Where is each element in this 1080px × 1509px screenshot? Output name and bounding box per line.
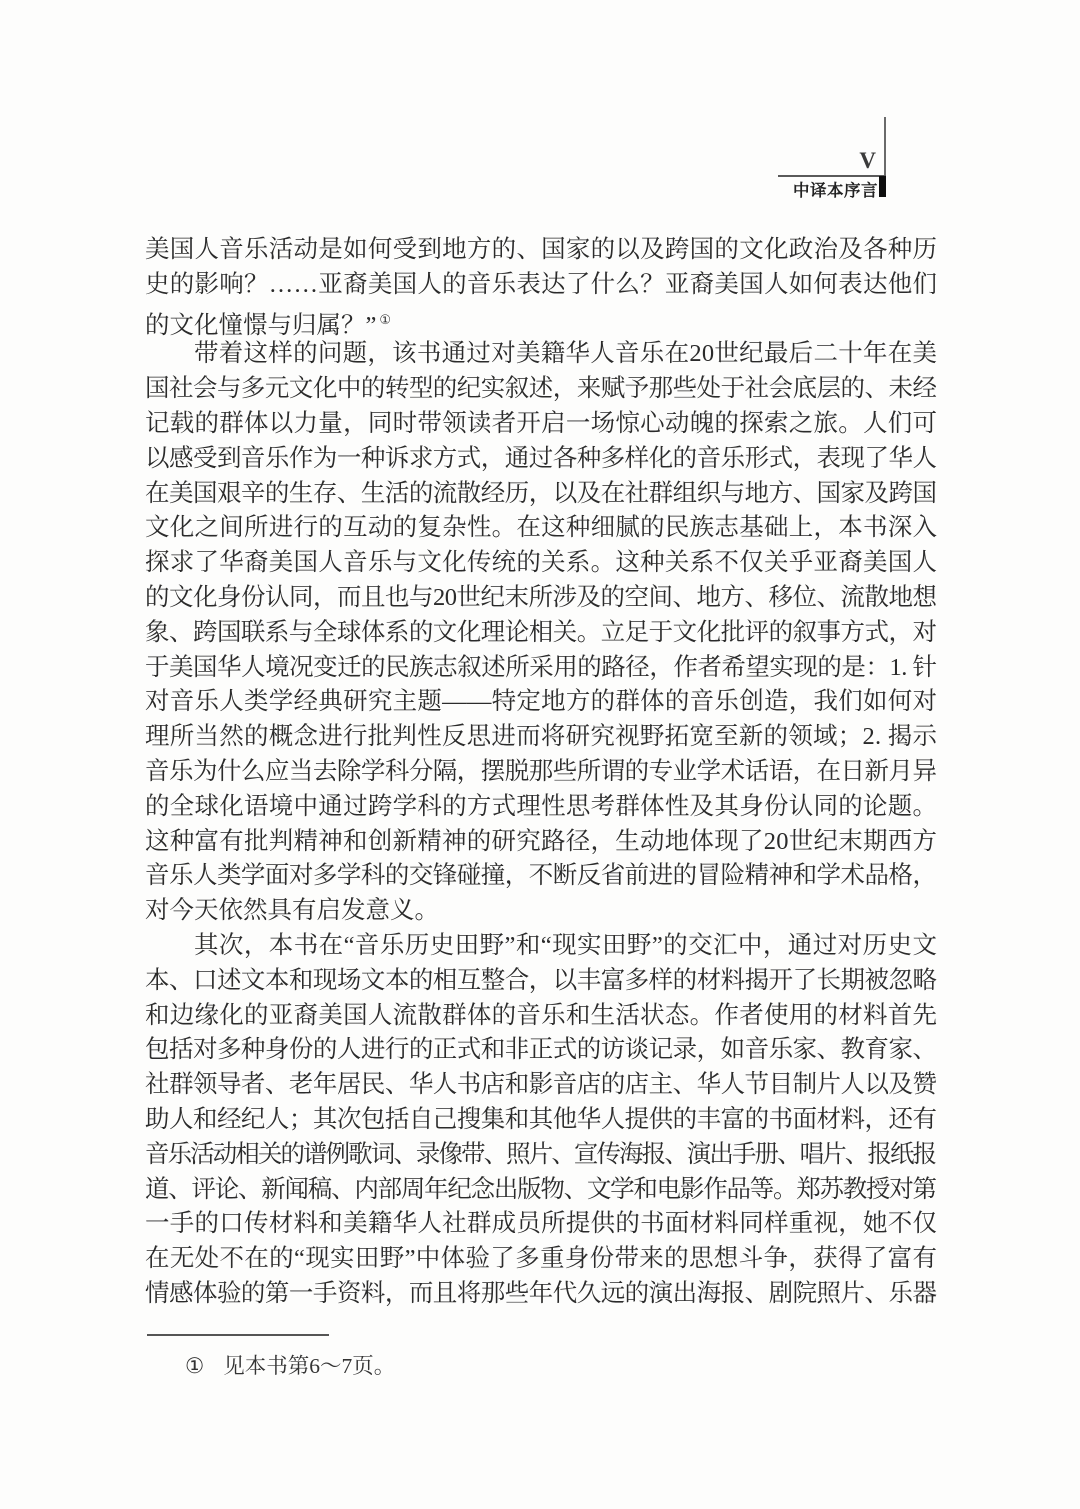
text-line: 的全球化语境中通过跨学科的方式理性思考群体性及其身份认同的论题。 — [145, 790, 937, 825]
text-line: 社群领导者、老年居民、华人书店和影音店的店主、华人节目制片人以及赞 — [145, 1068, 937, 1103]
footnote-rule — [147, 1334, 329, 1336]
text-line: 音乐为什么应当去除学科分隔，摆脱那些所谓的专业学术话语，在日新月异 — [145, 755, 937, 790]
text-line: 史的影响？……亚裔美国人的音乐表达了什么？亚裔美国人如何表达他们 — [145, 268, 937, 303]
text-line: 的文化身份认同，而且也与20世纪末所涉及的空间、地方、移位、流散地想 — [145, 581, 937, 616]
text-line: 音乐人类学面对多学科的交锋碰撞，不断反省前进的冒险精神和学术品格， — [145, 859, 937, 894]
footnote-marker: ① — [185, 1354, 204, 1378]
text-line: 情感体验的第一手资料，而且将那些年代久远的演出海报、剧院照片、乐器 — [145, 1277, 937, 1312]
text-line: 以感受到音乐作为一种诉求方式，通过各种多样化的音乐形式，表现了华人 — [145, 442, 937, 477]
text-line: 包括对多种身份的人进行的正式和非正式的访谈记录，如音乐家、教育家、 — [145, 1033, 937, 1068]
text-line: 助人和经纪人；其次包括自己搜集和其他华人提供的丰富的书面材料，还有 — [145, 1103, 937, 1138]
text-line: 本、口述文本和现场文本的相互整合，以丰富多样的材料揭开了长期被忽略 — [145, 964, 937, 999]
text-line: 和边缘化的亚裔美国人流散群体的音乐和生活状态。作者使用的材料首先 — [145, 999, 937, 1034]
running-title: 中译本序言 — [793, 177, 878, 201]
text-line: 文化之间所进行的互动的复杂性。在这种细腻的民族志基础上，本书深入 — [145, 511, 937, 546]
book-page: V 中译本序言 美国人音乐活动是如何受到地方的、国家的以及跨国的文化政治及各种历… — [0, 0, 1080, 1509]
text-line: 带着这样的问题，该书通过对美籍华人音乐在20世纪最后二十年在美 — [145, 337, 937, 372]
text-line: 对音乐人类学经典研究主题——特定地方的群体的音乐创造，我们如何对 — [145, 685, 937, 720]
header-vertical-rule — [884, 117, 886, 177]
text-line: 对今天依然具有启发意义。 — [145, 894, 937, 929]
footnote-ref-marker: ① — [379, 312, 391, 327]
text-line: 在美国艰辛的生存、生活的流散经历，以及在社群组织与地方、国家及跨国 — [145, 477, 937, 512]
text-line: 这种富有批判精神和创新精神的研究路径，生动地体现了20世纪末期西方 — [145, 825, 937, 860]
text-line: 探求了华裔美国人音乐与文化传统的关系。这种关系不仅关乎亚裔美国人 — [145, 546, 937, 581]
text-line: 国社会与多元文化中的转型的纪实叙述，来赋予那些处于社会底层的、未经 — [145, 372, 937, 407]
text-line: 道、评论、新闻稿、内部周年纪念出版物、文学和电影作品等。郑苏教授对第 — [145, 1173, 937, 1208]
body-text: 美国人音乐活动是如何受到地方的、国家的以及跨国的文化政治及各种历 史的影响？……… — [145, 233, 937, 1312]
text-line: 记载的群体以力量，同时带领读者开启一场惊心动魄的探索之旅。人们可 — [145, 407, 937, 442]
text-line: 音乐活动相关的谱例歌词、录像带、照片、宣传海报、演出手册、唱片、报纸报 — [145, 1138, 937, 1173]
text-line: 其次，本书在“音乐历史田野”和“现实田野”的交汇中，通过对历史文 — [145, 929, 937, 964]
text-line: 在无处不在的“现实田野”中体验了多重身份带来的思想斗争，获得了富有 — [145, 1242, 937, 1277]
page-number: V — [859, 148, 877, 174]
footnote: ①见本书第6～7页。 — [185, 1349, 395, 1380]
text-line: 理所当然的概念进行批判性反思进而将研究视野拓宽至新的领域；2. 揭示 — [145, 720, 937, 755]
text-line: 一手的口传材料和美籍华人社群成员所提供的书面材料同样重视，她不仅 — [145, 1207, 937, 1242]
footnote-text: 见本书第6～7页。 — [223, 1354, 395, 1378]
text-line: 象、跨国联系与全球体系的文化理论相关。立足于文化批评的叙事方式，对 — [145, 616, 937, 651]
header-tab-mark — [879, 176, 886, 197]
text-line: 美国人音乐活动是如何受到地方的、国家的以及跨国的文化政治及各种历 — [145, 233, 937, 268]
text-line: 于美国华人境况变迁的民族志叙述所采用的路径，作者希望实现的是：1. 针 — [145, 651, 937, 686]
text-line: 的文化憧憬与归属？”① — [145, 303, 937, 338]
